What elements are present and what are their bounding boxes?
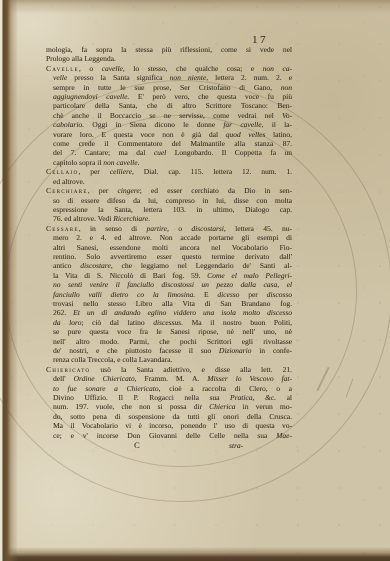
text-segment: Chierica: [209, 402, 235, 411]
text-line: mero 2. e 4. ed altrove. Non accade port…: [46, 233, 292, 242]
text-line: Cessare, in senso di partire, o discosta…: [46, 224, 292, 233]
text-line: 262. Et un dì andando eglino viddero una…: [46, 308, 292, 317]
text-segment: cabolario.: [53, 120, 84, 129]
text-line: Cerchiare, per cingere; ed esser cerchia…: [46, 186, 292, 195]
text-segment: Vo-: [282, 111, 292, 120]
text-segment: nell' altro modo. Parmi, che pochi Scrit…: [53, 337, 292, 346]
text-segment: Divino Uffizio. Il P. Rogacci nella sua: [53, 393, 230, 402]
text-segment: Mae-: [276, 431, 292, 440]
text-segment: Dizionario: [219, 346, 252, 355]
text-line: aggiugnendovi cavelle. E' però vero, che…: [46, 92, 292, 101]
text-segment: non cavelle: [103, 158, 137, 167]
text-segment: , in senso di: [79, 224, 147, 233]
text-segment: aggiugnendovi cavelle.: [53, 92, 129, 101]
text-line: do, sotto pena di sospensione da tutti g…: [46, 412, 292, 421]
text-line: to fue sonare a Chiericato, cioè a racco…: [46, 384, 292, 393]
text-segment: 262.: [53, 308, 73, 317]
entry-headword: Cellajo: [46, 167, 78, 176]
text-line: antico discostare, che leggiamo nel Legg…: [46, 261, 292, 270]
text-segment: cuel: [154, 148, 167, 157]
text-segment: , il la-: [262, 120, 292, 129]
text-line: rentino. Solo avvertiremo esser questo t…: [46, 252, 292, 261]
text-segment: dell': [53, 374, 74, 383]
text-line: trovasi nello stesso Libro alla Vita di …: [46, 299, 292, 308]
text-segment: E' però vero, che questa voce fu più: [129, 92, 292, 101]
text-segment: Longobardo. Il Coppetta fa un: [166, 148, 292, 157]
text-segment: so di essere difeso da lui, compreso in …: [53, 196, 292, 205]
text-line: vorare loro. E questa voce non è già dal…: [46, 130, 292, 139]
text-segment: discessus: [153, 318, 181, 327]
text-segment: altri Sanesi, essendone molti ancora nel…: [53, 243, 292, 252]
text-line: Cavelle, o cavelle, lo stesso, che qualc…: [46, 64, 292, 73]
text-line: de' nostri, e che piuttosto facesse il s…: [46, 346, 292, 355]
text-segment: do, sotto pena di sospensione da tutti g…: [53, 412, 292, 421]
text-line: la Vita di S. Niccolò di Bari fog. 59. C…: [46, 271, 292, 280]
text-segment: espressione la Santa, lettera 103. in ul…: [53, 205, 292, 214]
text-segment: . Ma il nostro buon Politi,: [181, 318, 292, 327]
text-segment: , per: [78, 167, 109, 176]
text-line: so di essere difeso da lui, compreso in …: [46, 196, 292, 205]
scratch-mark: [346, 378, 354, 397]
text-line: del 7. Cantare; ma dal cuel Longobardo. …: [46, 148, 292, 157]
text-segment: mero 2. e 4. ed altrove. Non accade port…: [53, 233, 292, 242]
text-line: chè anche il Boccaccio se ne servisse, c…: [46, 111, 292, 120]
text-segment: 76. ed altrove. Vedi: [53, 214, 113, 223]
text-line: espressione la Santa, lettera 103. in ul…: [46, 205, 292, 214]
text-line: Divino Uffizio. Il P. Rogacci nella sua …: [46, 393, 292, 402]
text-line: sempre in tutte le sue prose, Ser Cristo…: [46, 83, 292, 92]
text-segment: la Vita di S. Niccolò di Bari fog. 59.: [53, 271, 207, 280]
text-segment: non ca-: [263, 64, 292, 73]
text-segment: Ordine Chiericato: [74, 374, 135, 383]
text-segment: discostarsi: [191, 224, 224, 233]
catchword: stra-: [229, 441, 243, 450]
text-line: Cellajo, per celliere, Dial. cap. 115. l…: [46, 167, 292, 176]
text-line: nell' altro modo. Parmi, che pochi Scrit…: [46, 337, 292, 346]
text-segment: ; ed esser cerchiato da Dio in sen-: [140, 186, 292, 195]
text-segment: al: [276, 393, 292, 402]
text-segment: cingere: [117, 186, 139, 195]
text-line: no sentì venire il fanciullo discostossi…: [46, 280, 292, 289]
text-segment: non: [281, 83, 292, 92]
text-segment: latino,: [265, 130, 292, 139]
text-segment: ed altrove.: [53, 177, 85, 186]
text-segment: ; ciò dal latino: [81, 318, 153, 327]
text-segment: .: [148, 214, 150, 223]
text-line: cabolario. Oggi in Siena dicono le donne…: [46, 120, 292, 129]
text-segment: antico: [53, 261, 80, 270]
signature-mark: C: [134, 441, 140, 450]
text-segment: dicesso: [217, 290, 239, 299]
text-segment: per: [239, 290, 266, 299]
text-line: Ma il Vocabolario vi è incorso, ponendo …: [46, 421, 292, 430]
text-segment: , cioè a raccolta di Clero, o a: [159, 384, 292, 393]
text-segment: , che leggiamo nel Leggendario de' Santi…: [111, 261, 292, 270]
text-segment: presso la Santa significa: [67, 73, 169, 82]
text-line: velle presso la Santa significa non nien…: [46, 73, 292, 82]
text-line: 76. ed altrove. Vedi Ricerchiare.: [46, 214, 292, 223]
entry-headword: Cavelle: [46, 64, 79, 73]
scratch-mark: [316, 367, 329, 391]
text-segment: quod velles: [226, 130, 266, 139]
text-segment: come crede il Commentatore del Malmantil…: [53, 139, 292, 148]
text-segment: chè anche il Boccaccio se ne servisse, c…: [53, 111, 282, 120]
text-segment: to fue sonare a Chiericato: [53, 384, 159, 393]
text-segment: far cavelle: [223, 120, 261, 129]
text-segment: , per: [88, 186, 118, 195]
text-segment: capitolo sopra il: [53, 158, 103, 167]
text-segment: Ricerchiare: [113, 214, 148, 223]
text-segment: , Dial. cap. 115. lettera 12. num. 1.: [132, 167, 292, 176]
entry-headword: Cessare: [46, 224, 79, 233]
text-segment: E: [195, 290, 217, 299]
text-segment: num. 197. vuole, che non si possa dir: [53, 402, 209, 411]
text-line: ce; e v' incorse Don Giovanni delle Cell…: [46, 431, 292, 440]
text-segment: celliere: [110, 167, 132, 176]
text-segment: particolare della Santa, che di altro Sc…: [53, 101, 292, 110]
text-segment: , o: [79, 64, 102, 73]
text-segment: Et un dì andando eglino viddero una isol…: [73, 308, 292, 317]
book-page-scan: 17 mologia, fa sopra la stessa più rifle…: [0, 0, 390, 561]
text-line: mologia, fa sopra la stessa più riflessi…: [46, 45, 292, 54]
text-segment: rentino. Solo avvertiremo esser questo t…: [53, 252, 292, 261]
text-line: da loro; ciò dal latino discessus. Ma il…: [46, 318, 292, 327]
text-segment: ce; e v' incorse Don Giovanni delle Cell…: [53, 431, 276, 440]
text-line: num. 197. vuole, che non si possa dir Ch…: [46, 402, 292, 411]
text-segment: Pratica, &c.: [230, 393, 276, 402]
text-segment: del 7. Cantare; ma dal: [53, 148, 154, 157]
text-line: se pure questa voce fra le Sanesi ripose…: [46, 327, 292, 336]
text-segment: sempre in tutte le sue prose, Ser Cristo…: [53, 83, 281, 92]
text-segment: trovasi nello stesso Libro alla Vita di …: [53, 299, 292, 308]
text-line: come crede il Commentatore del Malmantil…: [46, 139, 292, 148]
text-segment: fanciullo valli dietro co la limosina.: [53, 290, 195, 299]
text-segment: discostare: [80, 261, 111, 270]
text-segment: , lettera 2. num. 2. e: [206, 73, 292, 82]
text-segment: se pure questa voce fra le Sanesi ripose…: [53, 327, 292, 336]
text-segment: Misser lo Vescovo fat-: [207, 374, 292, 383]
text-segment: da loro: [53, 318, 81, 327]
signature-row: C stra-: [46, 441, 292, 451]
text-line: renza colla Treccola, e colla Lavandara.: [46, 355, 292, 364]
text-segment: Prologo alla Leggenda.: [46, 54, 116, 63]
text-segment: de' nostri, e che piuttosto facesse il s…: [53, 346, 219, 355]
text-segment: usò la Santa adiettivo, e disse alla let…: [90, 365, 292, 374]
text-segment: .: [138, 158, 140, 167]
text-line: capitolo sopra il non cavelle.: [46, 158, 292, 167]
text-line: particolare della Santa, che di altro Sc…: [46, 101, 292, 110]
dictionary-text: mologia, fa sopra la stessa più riflessi…: [46, 45, 292, 440]
text-segment: cavelle: [102, 64, 123, 73]
entry-headword: Chiericato: [46, 365, 90, 374]
text-line: Prologo alla Leggenda.: [46, 54, 292, 63]
text-line: dell' Ordine Chiericato, Framm. M. A. Mi…: [46, 374, 292, 383]
text-segment: , lo stesso, che qualche cosa; e: [123, 64, 263, 73]
text-segment: non niente: [170, 73, 207, 82]
text-line: altri Sanesi, essendone molti ancora nel…: [46, 243, 292, 252]
text-segment: in confe-: [251, 346, 292, 355]
text-segment: no sentì venire il fanciullo discostossi…: [53, 280, 292, 289]
text-segment: partire: [146, 224, 167, 233]
entry-headword: Cerchiare: [46, 186, 88, 195]
text-segment: , o: [167, 224, 191, 233]
text-line: Chiericato usò la Santa adiettivo, e dis…: [46, 365, 292, 374]
text-segment: in verun mo-: [235, 402, 292, 411]
text-segment: , lettera 45. nu-: [224, 224, 292, 233]
text-segment: Oggi in Siena dicono le donne: [84, 120, 223, 129]
text-line: ed altrove.: [46, 177, 292, 186]
text-segment: Come el malo Pellegri-: [207, 271, 292, 280]
text-segment: velle: [53, 73, 67, 82]
text-segment: Ma il Vocabolario vi è incorso, ponendo …: [53, 421, 292, 430]
text-segment: mologia, fa sopra la stessa più riflessi…: [46, 45, 292, 54]
text-block: mologia, fa sopra la stessa più riflessi…: [46, 45, 292, 451]
text-line: fanciullo valli dietro co la limosina. E…: [46, 290, 292, 299]
text-segment: renza colla Treccola, e colla Lavandara.: [53, 355, 172, 364]
text-segment: vorare loro. E questa voce non è già dal: [53, 130, 226, 139]
text-segment: discosso: [267, 290, 292, 299]
text-segment: , Framm. M. A.: [135, 374, 208, 383]
